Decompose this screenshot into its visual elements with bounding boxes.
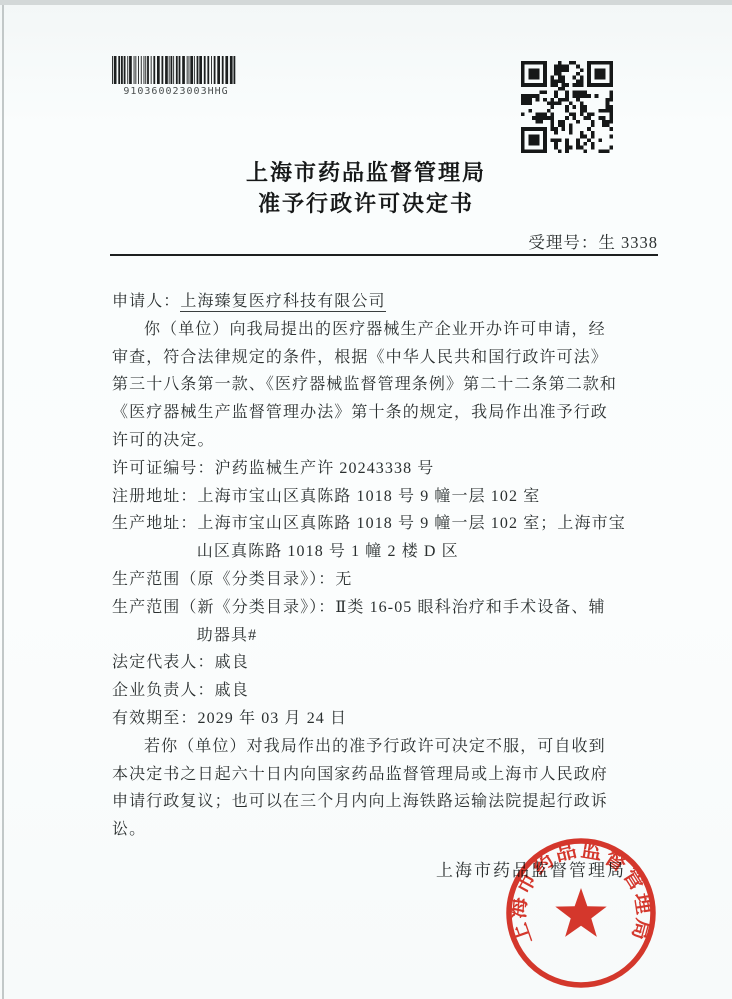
body-line: 若你（单位）对我局作出的准予行政许可决定不服，可自收到: [112, 733, 632, 761]
document-body: 申请人：上海臻复医疗科技有限公司 你（单位）向我局提出的医疗器械生产企业开办许可…: [112, 288, 632, 844]
body-line: 山区真陈路 1018 号 1 幢 2 楼 D 区: [112, 538, 632, 566]
body-line: 第三十八条第一款、《医疗器械监督管理条例》第二十二条第二款和: [112, 371, 632, 399]
title-line-1: 上海市药品监督管理局: [0, 157, 732, 188]
body-line: 许可证编号：沪药监械生产许 20243338 号: [112, 455, 632, 483]
barcode: 910360023003HHG: [112, 56, 240, 97]
document-photo: 910360023003HHG 上海市药品监督管理局 准予行政许可决定书 受理号…: [0, 0, 732, 999]
star-icon: [555, 888, 606, 937]
body-line: 生产地址：上海市宝山区真陈路 1018 号 9 幢一层 102 室；上海市宝: [112, 510, 632, 538]
body-line: 你（单位）向我局提出的医疗器械生产企业开办许可申请，经: [112, 316, 632, 344]
qr-code: [521, 61, 613, 153]
applicant-name: 上海臻复医疗科技有限公司: [180, 293, 385, 312]
body-line: 《医疗器械生产监督管理办法》第十条的规定，我局作出准予行政: [112, 399, 632, 427]
title-line-2: 准予行政许可决定书: [0, 188, 732, 219]
body-line: 助器具#: [112, 622, 632, 650]
header-divider: [110, 254, 658, 256]
official-seal: 上海市药品监督管理局: [501, 833, 661, 993]
photo-edge-top: [0, 0, 732, 5]
document-title: 上海市药品监督管理局 准予行政许可决定书: [0, 157, 732, 219]
qr-code-icon: [521, 61, 613, 153]
body-line: 生产范围（原《分类目录》）：无: [112, 566, 632, 594]
body-line: 注册地址：上海市宝山区真陈路 1018 号 9 幢一层 102 室: [112, 483, 632, 511]
acceptance-number: 受理号：生 3338: [528, 229, 658, 253]
applicant-label: 申请人：: [112, 293, 180, 310]
body-line: 许可的决定。: [112, 427, 632, 455]
body-line: 有效期至：2029 年 03 月 24 日: [112, 705, 632, 733]
photo-edge-left: [2, 5, 4, 999]
body-line: 申请行政复议；也可以在三个月内向上海铁路运输法院提起行政诉: [112, 788, 632, 816]
body-line: 审查，符合法律规定的条件，根据《中华人民共和国行政许可法》: [112, 344, 632, 372]
applicant-line: 申请人：上海臻复医疗科技有限公司: [112, 288, 632, 316]
body-line: 生产范围（新《分类目录》）：Ⅱ类 16-05 眼科治疗和手术设备、辅: [112, 594, 632, 622]
body-line: 本决定书之日起六十日内向国家药品监督管理局或上海市人民政府: [112, 761, 632, 789]
body-lines: 你（单位）向我局提出的医疗器械生产企业开办许可申请，经审查，符合法律规定的条件，…: [112, 316, 632, 844]
body-line: 企业负责人：戚良: [112, 677, 632, 705]
barcode-icon: [112, 56, 240, 84]
body-line: 法定代表人：戚良: [112, 649, 632, 677]
barcode-number: 910360023003HHG: [112, 86, 240, 97]
